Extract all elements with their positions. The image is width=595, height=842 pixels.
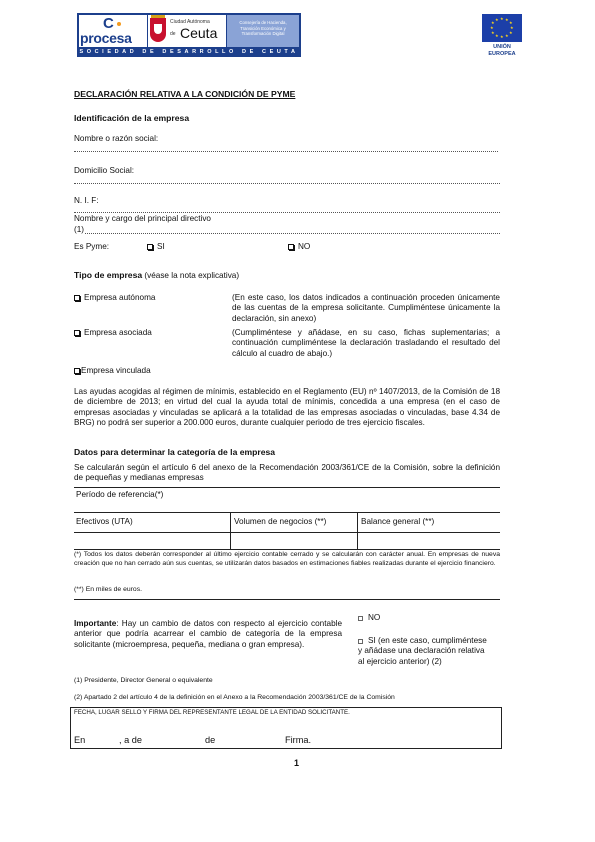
footnote-bottom-border [74, 599, 500, 600]
es-pyme-si-option[interactable]: SI [147, 242, 165, 252]
tipo-empresa-heading-note: (véase la nota explicativa) [142, 271, 239, 280]
categoria-intro: Se calcularán según el artículo 6 del an… [74, 463, 500, 484]
importante-no-option[interactable]: NO [358, 613, 380, 623]
es-pyme-no-label: NO [298, 242, 310, 251]
page-number: 1 [294, 758, 299, 769]
tipo-vinculada-option[interactable]: Empresa vinculada [74, 366, 151, 376]
tipo-autonoma-option[interactable]: Empresa autónoma [74, 293, 155, 303]
consejeria-line-3: Transformación Digital [227, 31, 299, 37]
balance-field[interactable] [358, 533, 500, 549]
importante-paragraph: Importante: Hay un cambio de datos con r… [74, 619, 342, 650]
directivo-field[interactable] [85, 233, 500, 234]
signature-de: de [205, 735, 215, 747]
col-balance-header: Balance general (**) [361, 517, 434, 527]
efectivos-field[interactable] [74, 533, 230, 549]
table-col-divider-1 [230, 512, 231, 549]
checkbox-icon[interactable] [358, 616, 363, 621]
footnote-miles: (**) En miles de euros. [74, 586, 500, 595]
shield-inner-icon [154, 24, 162, 34]
checkbox-icon[interactable] [288, 244, 294, 250]
table-bottom-border [74, 549, 500, 550]
domicilio-label: Domicilio Social: [74, 166, 134, 176]
eu-label-line1: UNIÓN [476, 44, 528, 51]
col-volumen-header: Volumen de negocios (**) [234, 517, 326, 527]
table-top-border [74, 487, 500, 488]
minimis-paragraph: Las ayudas acogidas al régimen de mínimi… [74, 387, 500, 428]
nombre-label: Nombre o razón social: [74, 134, 158, 144]
tipo-empresa-heading-bold: Tipo de empresa [74, 270, 142, 280]
directivo-label: Nombre y cargo del principal directivo [74, 214, 211, 224]
tipo-asociada-description: (Cumpliméntese y añádase, en su caso, fi… [232, 328, 500, 359]
checkbox-icon[interactable] [74, 368, 80, 374]
eu-label-line2: EUROPEA [476, 51, 528, 58]
identificacion-heading: Identificación de la empresa [74, 113, 189, 124]
footnote-periodo: (*) Todos los datos deberán corresponder… [74, 551, 500, 569]
importante-no-label: NO [368, 613, 380, 622]
note-2: (2) Apartado 2 del artículo 4 de la defi… [74, 694, 500, 703]
categoria-heading: Datos para determinar la categoría de la… [74, 447, 275, 458]
importante-si-option[interactable]: SI (en este caso, cumpliméntese y añádas… [358, 636, 488, 667]
checkbox-icon[interactable] [358, 639, 363, 644]
note-1: (1) Presidente, Director General o equiv… [74, 677, 500, 686]
nif-label: N. I. F: [74, 196, 99, 206]
volumen-field[interactable] [231, 533, 357, 549]
tipo-vinculada-label: Empresa vinculada [81, 366, 151, 375]
signature-en: En [74, 735, 85, 747]
directivo-prefix: (1) [74, 225, 84, 235]
nombre-field[interactable] [74, 151, 498, 152]
es-pyme-no-option[interactable]: NO [288, 242, 310, 252]
periodo-label: Período de referencia(*) [76, 490, 163, 500]
checkbox-icon[interactable] [74, 295, 80, 301]
domicilio-field[interactable] [74, 183, 500, 184]
nif-field[interactable] [74, 212, 500, 213]
consejeria-label: Consejería de Hacienda, Transición Econó… [227, 15, 299, 47]
tipo-asociada-label: Empresa asociada [84, 328, 152, 337]
col-efectivos-header: Efectivos (UTA) [76, 517, 133, 527]
periodo-field[interactable] [74, 500, 500, 510]
checkbox-icon[interactable] [74, 330, 80, 336]
ceuta-logo-name: Ceuta [180, 25, 217, 43]
tipo-asociada-option[interactable]: Empresa asociada [74, 328, 152, 338]
table-col-divider-2 [357, 512, 358, 549]
importante-label: Importante [74, 619, 116, 628]
tipo-empresa-heading: Tipo de empresa (véase la nota explicati… [74, 270, 239, 281]
eu-flag-icon: ★ ★ ★ ★ ★ ★ ★ ★ ★ ★ ★ ★ [482, 14, 522, 42]
tipo-autonoma-description: (En este caso, los datos indicados a con… [232, 293, 500, 324]
signature-a-de: , a de [119, 735, 142, 747]
procesa-wordmark: procesa [80, 30, 132, 48]
es-pyme-si-label: SI [157, 242, 165, 251]
importante-si-label: SI (en este caso, cumpliméntese y añádas… [358, 636, 487, 666]
table-divider [74, 512, 500, 513]
es-pyme-label: Es Pyme: [74, 242, 109, 252]
tipo-autonoma-label: Empresa autónoma [84, 293, 155, 302]
document-title: DECLARACIÓN RELATIVA A LA CONDICIÓN DE P… [74, 89, 295, 100]
ceuta-logo-de: de [170, 31, 176, 37]
signature-heading: FECHA, LUGAR SELLO Y FIRMA DEL REPRESENT… [74, 709, 350, 717]
checkbox-icon[interactable] [147, 244, 153, 250]
eu-label: UNIÓN EUROPEA [476, 44, 528, 58]
procesa-strip-text: SOCIEDAD DE DESARROLLO DE CEUTA [77, 48, 301, 57]
signature-firma: Firma. [285, 735, 311, 747]
procesa-dot-icon [117, 22, 121, 26]
